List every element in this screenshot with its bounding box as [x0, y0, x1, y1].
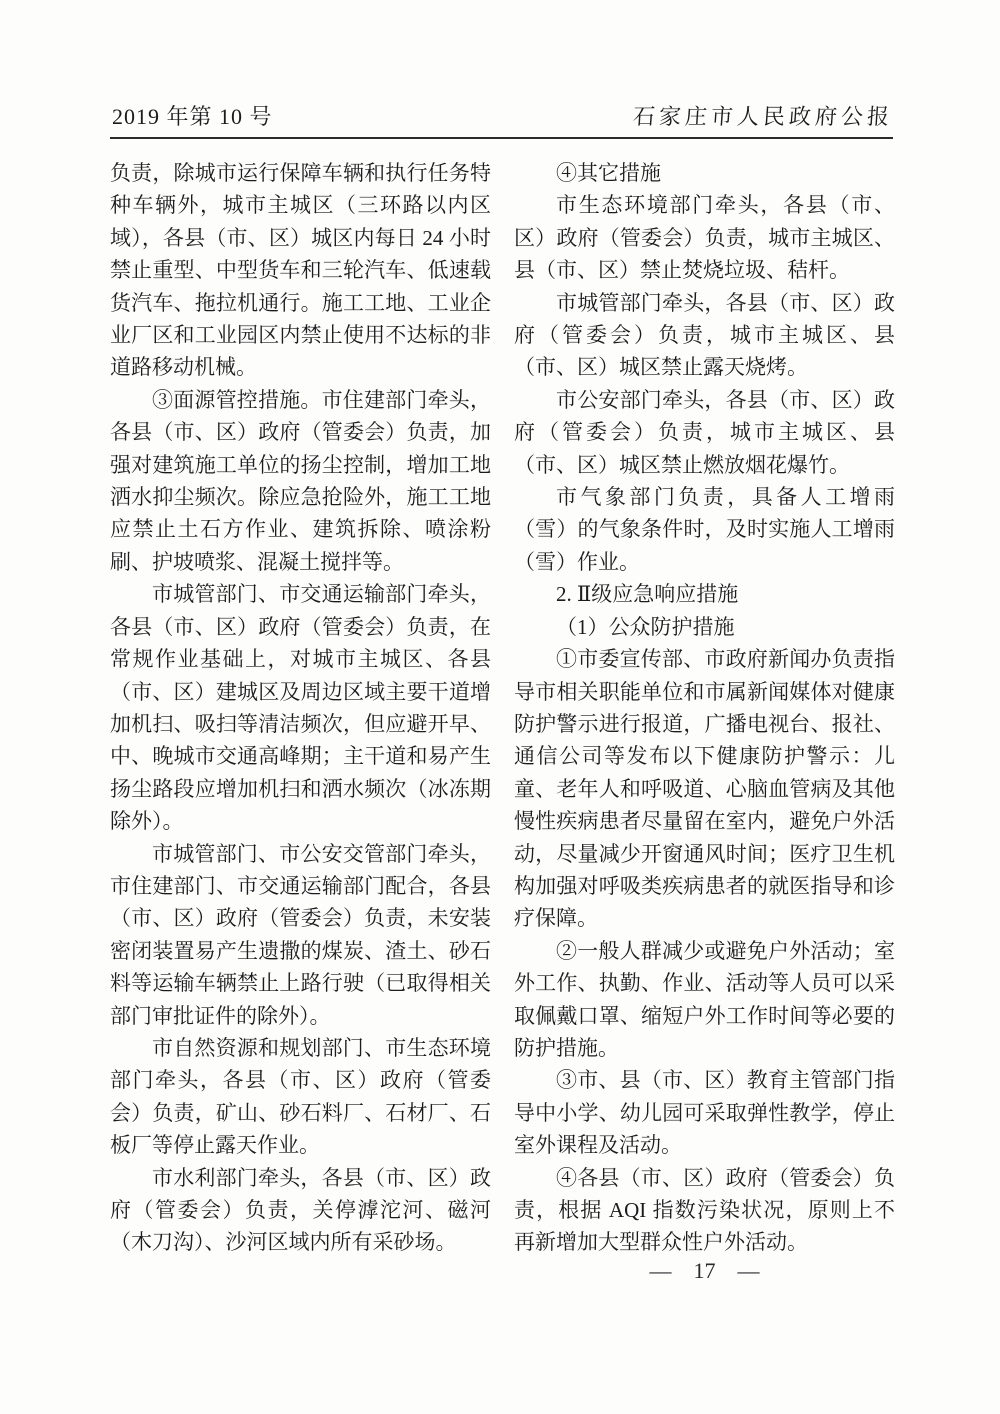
right-column: ④其它措施市生态环境部门牵头，各县（市、区）政府（管委会）负责，城市主城区、县（…: [514, 157, 895, 1259]
paragraph: 市水利部门牵头，各县（市、区）政府（管委会）负责，关停滹沱河、磁河（木刀沟）、沙…: [110, 1162, 491, 1259]
paragraph: ①市委宣传部、市政府新闻办负责指导市相关职能单位和市属新闻媒体对健康防护警示进行…: [514, 643, 895, 935]
paragraph: ③市、县（市、区）教育主管部门指导中小学、幼儿园可采取弹性教学，停止室外课程及活…: [514, 1064, 895, 1161]
paragraph: 市气象部门负责，具备人工增雨（雪）的气象条件时，及时实施人工增雨（雪）作业。: [514, 481, 895, 578]
paragraph: 市自然资源和规划部门、市生态环境部门牵头，各县（市、区）政府（管委会）负责，矿山…: [110, 1032, 491, 1162]
paragraph: 市城管部门、市公安交管部门牵头，市住建部门、市交通运输部门配合，各县（市、区）政…: [110, 838, 491, 1032]
header-issue-label: 2019 年第 10 号: [112, 103, 273, 131]
paragraph: 负责，除城市运行保障车辆和执行任务特种车辆外，城市主城区（三环路以内区域），各县…: [110, 157, 491, 384]
page-number: 17: [694, 1258, 716, 1284]
content-columns: 负责，除城市运行保障车辆和执行任务特种车辆外，城市主城区（三环路以内区域），各县…: [110, 157, 896, 1259]
paragraph: 市生态环境部门牵头，各县（市、区）政府（管委会）负责，城市主城区、县（市、区）禁…: [514, 189, 895, 286]
paragraph: ④各县（市、区）政府（管委会）负责，根据 AQI 指数污染状况，原则上不再新增加…: [514, 1162, 895, 1259]
footer-dash-right: —: [738, 1258, 760, 1284]
paragraph: 2. Ⅱ级应急响应措施: [514, 578, 895, 610]
paragraph: 市城管部门牵头，各县（市、区）政府（管委会）负责，城市主城区、县（市、区）城区禁…: [514, 287, 895, 384]
paragraph: 市城管部门、市交通运输部门牵头，各县（市、区）政府（管委会）负责，在常规作业基础…: [110, 578, 491, 837]
page-header: 2019 年第 10 号 石家庄市人民政府公报: [112, 103, 893, 131]
paragraph: （1）公众防护措施: [514, 611, 895, 643]
paragraph: 市公安部门牵头，各县（市、区）政府（管委会）负责，城市主城区、县（市、区）城区禁…: [514, 384, 895, 481]
gazette-page: 2019 年第 10 号 石家庄市人民政府公报 负责，除城市运行保障车辆和执行任…: [0, 0, 1000, 1414]
paragraph: ②一般人群减少或避免户外活动；室外工作、执勤、作业、活动等人员可以采取佩戴口罩、…: [514, 935, 895, 1065]
footer-dash-left: —: [650, 1258, 672, 1284]
header-publication-title: 石家庄市人民政府公报: [632, 103, 894, 131]
page-footer: — 17 —: [513, 1258, 896, 1284]
left-column: 负责，除城市运行保障车辆和执行任务特种车辆外，城市主城区（三环路以内区域），各县…: [110, 157, 491, 1259]
header-rule: [110, 137, 893, 139]
paragraph: ③面源管控措施。市住建部门牵头，各县（市、区）政府（管委会）负责，加强对建筑施工…: [110, 384, 491, 578]
paragraph: ④其它措施: [514, 157, 895, 189]
